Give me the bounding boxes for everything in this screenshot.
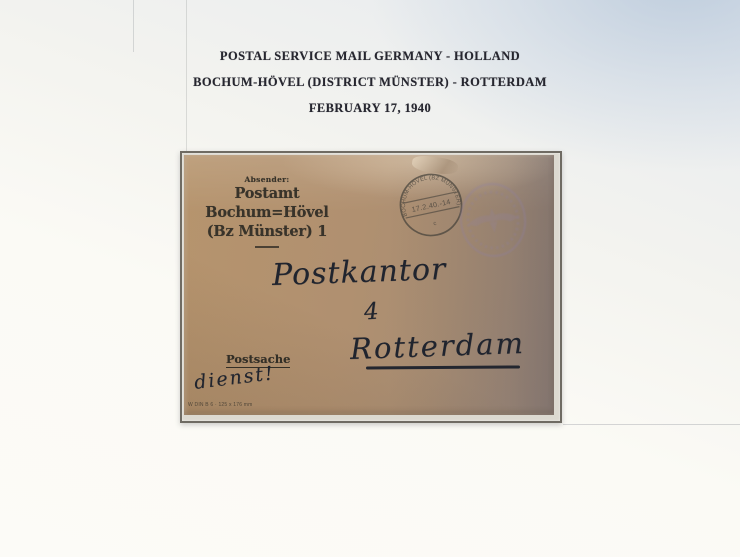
envelope-format-print: W DIN B 6 · 125 x 176 mm <box>188 402 253 408</box>
postmark-index-letter: c <box>433 221 437 227</box>
sender-imprint: Absender: Postamt Bochum=Hövel (Bz Münst… <box>192 175 342 248</box>
imprint-line-town: Bochum=Hövel <box>192 203 342 222</box>
page-crease <box>133 0 134 52</box>
address-underline <box>366 365 520 369</box>
envelope: Absender: Postamt Bochum=Hövel (Bz Münst… <box>184 155 554 415</box>
absender-label: Absender: <box>192 175 342 184</box>
address-line-number: 4 <box>363 299 379 326</box>
sleeve-edge-bottom <box>563 424 740 425</box>
envelope-mount: Absender: Postamt Bochum=Hövel (Bz Münst… <box>180 151 562 423</box>
imprint-line-postamt: Postamt <box>192 184 342 203</box>
imprint-rule <box>255 246 279 248</box>
official-seal <box>442 169 544 271</box>
caption-towns: BOCHUM-HÖVEL (DISTRICT MÜNSTER) - ROTTER… <box>0 75 740 90</box>
caption-route: POSTAL SERVICE MAIL GERMANY - HOLLAND <box>0 49 740 64</box>
manuscript-note: dienst! <box>193 362 276 394</box>
caption-date: FEBRUARY 17, 1940 <box>0 101 740 116</box>
address-line-rotterdam: Rotterdam <box>349 326 525 366</box>
album-page-photo: POSTAL SERVICE MAIL GERMANY - HOLLAND BO… <box>0 0 740 557</box>
imprint-line-district: (Bz Münster) 1 <box>192 222 342 241</box>
address-line-postkantor: Postkantor <box>271 252 446 293</box>
seal-eagle-icon <box>466 204 521 236</box>
